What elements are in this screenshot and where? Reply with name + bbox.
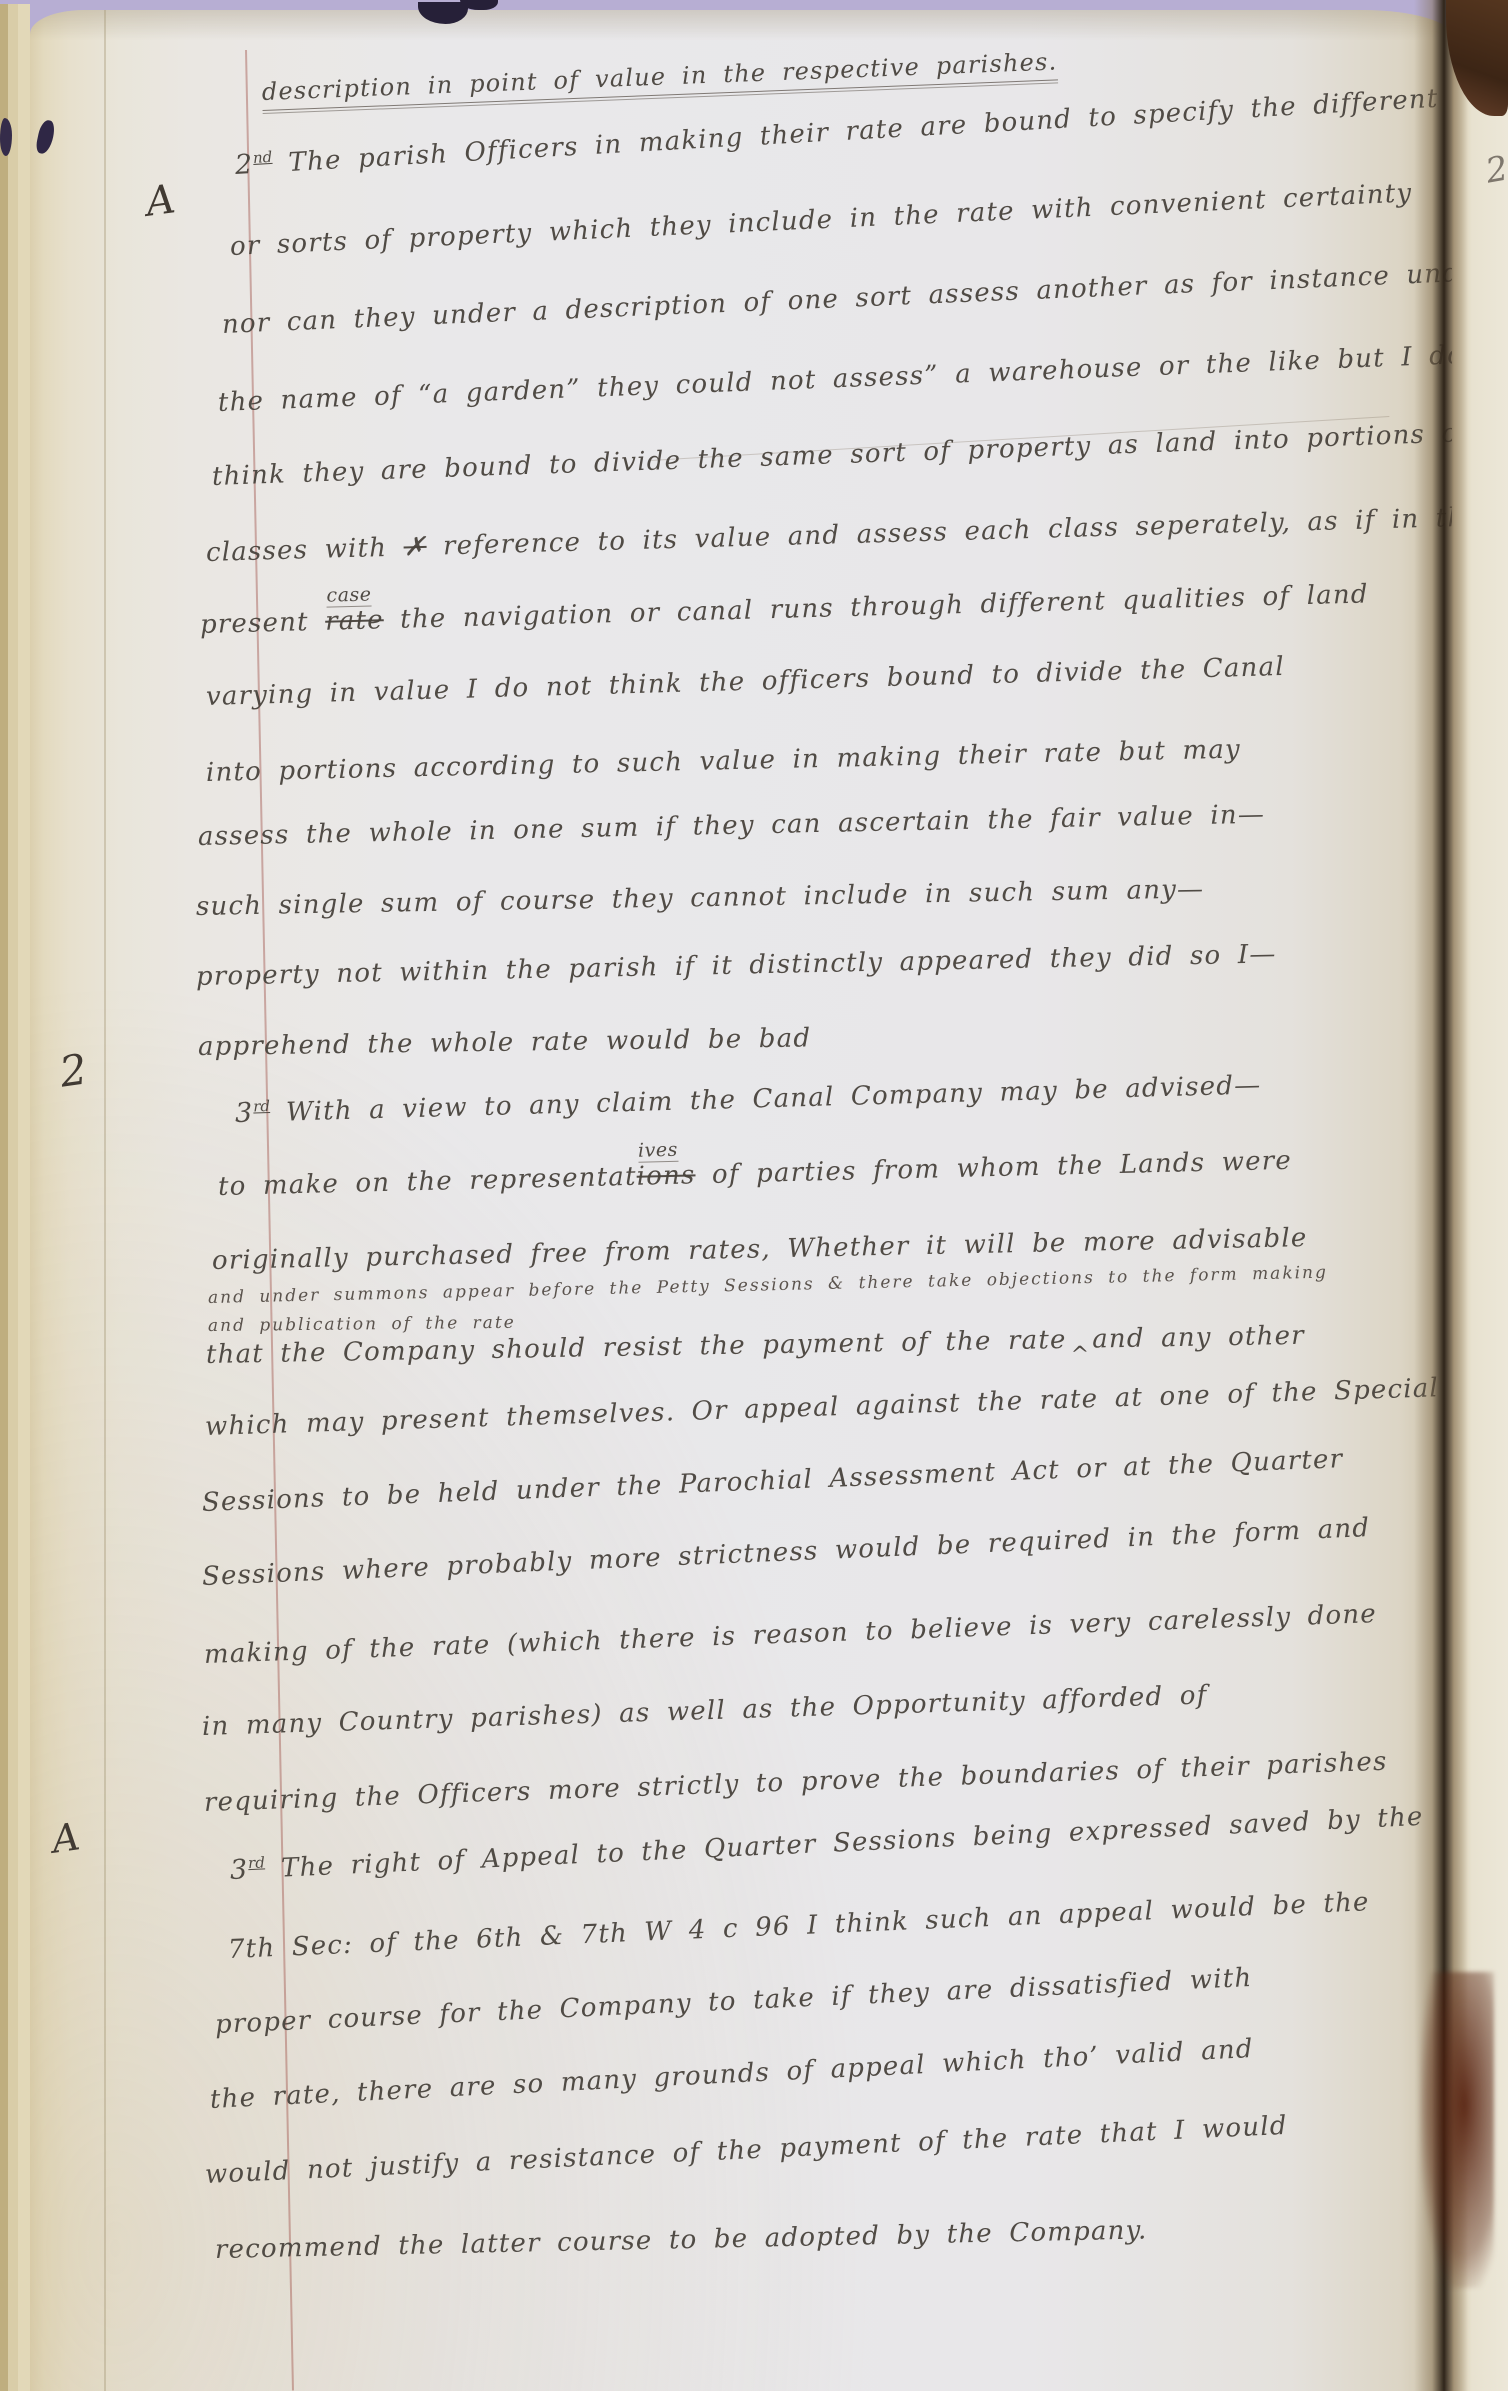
handwritten-line: property not within the parish if it dis… bbox=[196, 939, 1277, 992]
handwritten-line: apprehend the whole rate would be bad bbox=[198, 1023, 812, 1062]
handwritten-line: think they are bound to divide the same … bbox=[211, 418, 1472, 492]
handwritten-line: such single sum of course they cannot in… bbox=[196, 874, 1205, 922]
spine-top-fragment bbox=[418, 2, 468, 24]
inserted-word: ives bbox=[638, 1139, 678, 1163]
margin-mark-2: 2 bbox=[57, 1044, 90, 1096]
page-edges-left bbox=[0, 4, 30, 2391]
interlined-note: and publication of the rate bbox=[208, 1313, 516, 1336]
insertion-caret: ^ bbox=[1071, 1343, 1091, 1368]
margin-mark-a1: A bbox=[143, 176, 178, 226]
margin-mark-a2: A bbox=[49, 1814, 82, 1861]
ink-blot bbox=[35, 119, 57, 155]
handwritten-line: the rate, there are so many grounds of a… bbox=[209, 2034, 1254, 2115]
handwritten-line: nor can they under a description of one … bbox=[221, 257, 1491, 340]
handwritten-line: present caserate the navigation or canal… bbox=[200, 579, 1369, 640]
heading-line: description in point of value in the res… bbox=[261, 47, 1058, 114]
inserted-word: case bbox=[326, 584, 372, 608]
handwritten-line: varying in value I do not think the offi… bbox=[206, 652, 1286, 712]
manuscript-page: A 2 A description in point of value in t… bbox=[30, 10, 1452, 2391]
book-photo: A 2 A description in point of value in t… bbox=[0, 0, 1508, 2391]
handwritten-line: in many Country parishes) as well as the… bbox=[202, 1680, 1208, 1742]
handwritten-line: the name of “a garden” they could not as… bbox=[217, 338, 1508, 418]
adjacent-page-mark: 2 bbox=[1483, 148, 1508, 191]
handwritten-line: Sessions where probably more strictness … bbox=[201, 1513, 1370, 1592]
handwritten-line: classes with ✗ reference to its value an… bbox=[206, 502, 1483, 568]
handwritten-line: 3rdThe right of Appeal to the Quarter Se… bbox=[229, 1801, 1424, 1886]
handwritten-line: assess the whole in one sum if they can … bbox=[198, 800, 1266, 852]
handwritten-line: to make on the representativesions of pa… bbox=[218, 1146, 1293, 1202]
handwritten-line: requiring the Officers more strictly to … bbox=[203, 1747, 1388, 1818]
handwritten-line: into portions according to such value in… bbox=[206, 735, 1242, 788]
handwritten-line: would not justify a resistance of the pa… bbox=[204, 2111, 1288, 2190]
handwritten-line: or sorts of property which they include … bbox=[229, 178, 1413, 262]
handwritten-line: 7th Sec: of the 6th & 7th W 4 c 96 I thi… bbox=[227, 1887, 1370, 1965]
handwritten-line: making of the rate (which there is reaso… bbox=[203, 1599, 1377, 1670]
handwritten-line: 3rdWith a view to any claim the Canal Co… bbox=[235, 1069, 1262, 1129]
page-crease bbox=[104, 10, 106, 2391]
handwritten-line: Sessions to be held under the Parochial … bbox=[201, 1444, 1343, 1518]
edge-ink-blot bbox=[0, 118, 12, 156]
handwritten-line: recommend the latter course to be adopte… bbox=[215, 2215, 1148, 2265]
handwritten-line: which may present themselves. Or appeal … bbox=[205, 1373, 1440, 1442]
handwritten-line: proper course for the Company to take if… bbox=[214, 1963, 1253, 2040]
ink-stain bbox=[1420, 1972, 1494, 2288]
